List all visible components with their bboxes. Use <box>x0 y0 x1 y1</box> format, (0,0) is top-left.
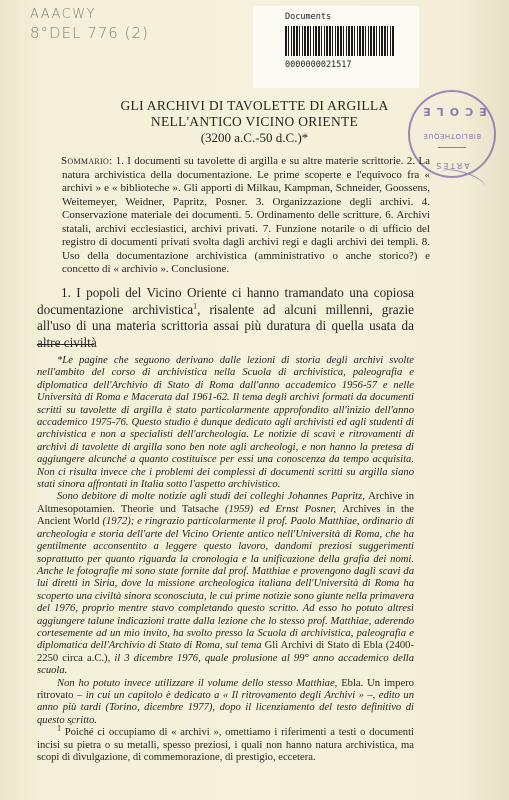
stamp-divider <box>438 147 466 148</box>
handwritten-line-1: AAACWY <box>30 6 149 24</box>
body-text: 1. I popoli del Vicino Oriente ci hanno … <box>37 285 414 351</box>
barcode-icon <box>285 26 395 56</box>
fn-text: Sono debitore di molte notizie agli stud… <box>57 491 368 502</box>
barcode-label: Documents 0000000021517 <box>253 6 419 88</box>
footnote-star-p1: *Le pagine che seguono derivano dalle le… <box>37 355 414 491</box>
fn-text: (1959) ed Ernst Posner, <box>219 504 342 515</box>
article-title: GLI ARCHIVI DI TAVOLETTE DI ARGILLA NELL… <box>0 98 509 146</box>
paragraph-1: 1. I popoli del Vicino Oriente ci hanno … <box>37 285 414 351</box>
footnote-star-p2: Sono debitore di molte notizie agli stud… <box>37 491 414 677</box>
footnote-1: 1 Poiché ci occupiamo di « archivi », om… <box>37 727 414 764</box>
summary-label: Sommario: <box>61 155 112 167</box>
footnote-separator <box>37 344 94 345</box>
fn-text: (1972); e ringrazio particolarmente il p… <box>37 516 414 651</box>
fn-text: Non ho potuto invece utilizzare il volum… <box>57 678 341 689</box>
summary: Sommario: 1. I documenti su tavolette di… <box>60 155 430 277</box>
footnotes: *Le pagine che seguono derivano dalle le… <box>37 355 414 764</box>
handwritten-line-2: 8°DEL 776 (2) <box>30 24 149 42</box>
summary-text: 1. I documenti su tavolette di argilla e… <box>62 155 430 275</box>
title-line-2: NELL'ANTICO VICINO ORIENTE <box>0 114 509 130</box>
title-dates: (3200 a.C.-50 d.C.)* <box>0 130 509 146</box>
handwritten-shelfmark: AAACWY 8°DEL 776 (2) <box>30 6 149 42</box>
footnote-star-p3: Non ho potuto invece utilizzare il volum… <box>37 678 414 728</box>
fn-text: – in cui un capitolo è dedicato a « Il r… <box>37 690 414 726</box>
barcode-number: 0000000021517 <box>285 60 352 70</box>
ink-speck <box>70 723 72 725</box>
title-line-1: GLI ARCHIVI DI TAVOLETTE DI ARGILLA <box>0 98 509 114</box>
barcode-title: Documents <box>285 12 331 22</box>
footnote-1-text: Poiché ci occupiamo di « archivi », omet… <box>37 727 414 763</box>
